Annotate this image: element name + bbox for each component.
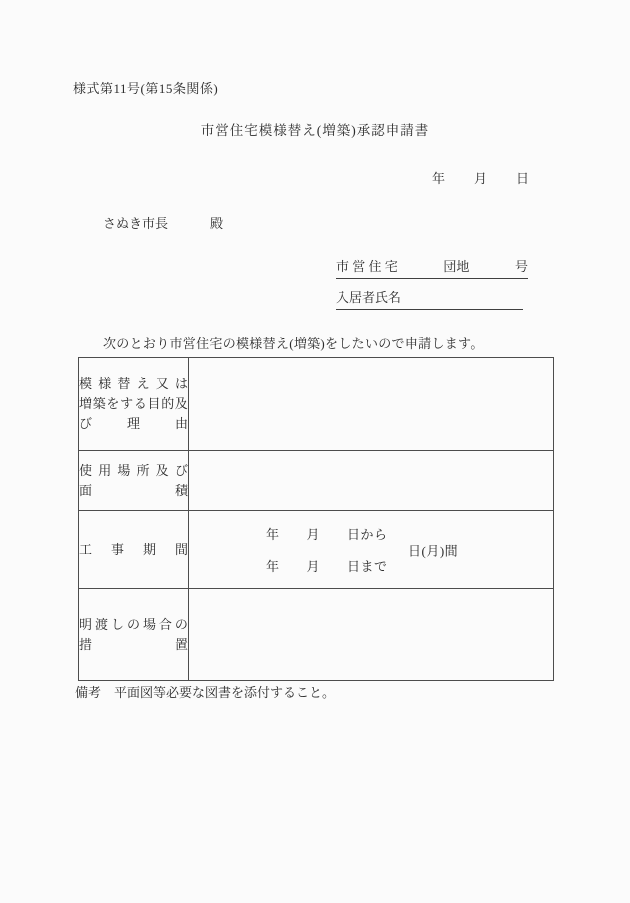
vacating-measures-field xyxy=(189,589,554,681)
application-form-page: 様式第11号(第15条関係) 市営住宅模様替え(増築)承認申請書 年 月 日 さ… xyxy=(0,0,630,903)
remarks-text: 平面図等必要な図書を添付すること。 xyxy=(114,685,335,700)
label-line: 工事期間 xyxy=(79,540,188,560)
label-vacating-measures: 明渡しの場合の 措置 xyxy=(79,589,189,681)
addressee-honorific: 殿 xyxy=(210,216,223,231)
period-date-lines: 年 月 日から 年 月 日まで xyxy=(189,524,553,575)
table-row-purpose: 模様替え又は 増築をする目的及 び理由 xyxy=(79,358,554,451)
label-line: 増築をする目的及 xyxy=(79,394,188,414)
form-number: 様式第11号(第15条関係) xyxy=(73,78,218,97)
purpose-reason-field xyxy=(189,358,554,451)
label-line: 措置 xyxy=(79,635,188,655)
table-row-location-area: 使用場所及び 面積 xyxy=(79,451,554,511)
label-line: 明渡しの場合の xyxy=(79,615,188,635)
period-duration-label: 日(月)間 xyxy=(408,540,458,559)
remarks-line: 備考平面図等必要な図書を添付すること。 xyxy=(75,682,335,701)
remarks-label: 備考 xyxy=(75,685,101,700)
label-line: 模様替え又は xyxy=(79,374,188,394)
application-table: 模様替え又は 増築をする目的及 び理由 使用場所及び 面積 工事期間 年 月 日… xyxy=(78,357,554,681)
label-line: 使用場所及び xyxy=(79,461,188,481)
label-line: 面積 xyxy=(79,481,188,501)
housing-address-field: 市 営 住 宅 団地 号 xyxy=(336,256,528,279)
label-purpose-reason: 模様替え又は 増築をする目的及 び理由 xyxy=(79,358,189,451)
resident-name-field: 入居者氏名 xyxy=(336,287,523,310)
table-row-vacating-measures: 明渡しの場合の 措置 xyxy=(79,589,554,681)
intro-sentence: 次のとおり市営住宅の模様替え(増築)をしたいので申請します。 xyxy=(103,333,484,352)
unit-suffix-label: 号 xyxy=(515,256,528,275)
date-line: 年 月 日 xyxy=(432,168,530,187)
form-title: 市営住宅模様替え(増築)承認申請書 xyxy=(0,119,630,139)
applicant-block: 市 営 住 宅 団地 号 入居者氏名 xyxy=(336,256,528,310)
construction-period-field: 年 月 日から 年 月 日まで 日(月)間 xyxy=(189,511,554,589)
addressee-name: さぬき市長 xyxy=(103,216,168,231)
location-area-field xyxy=(189,451,554,511)
housing-prefix-label: 市 営 住 宅 xyxy=(336,256,398,275)
addressee-line: さぬき市長殿 xyxy=(103,213,223,232)
complex-suffix-label: 団地 xyxy=(443,256,469,275)
label-line: び理由 xyxy=(79,414,188,434)
table-row-construction-period: 工事期間 年 月 日から 年 月 日まで 日(月)間 xyxy=(79,511,554,589)
label-location-area: 使用場所及び 面積 xyxy=(79,451,189,511)
label-construction-period: 工事期間 xyxy=(79,511,189,589)
